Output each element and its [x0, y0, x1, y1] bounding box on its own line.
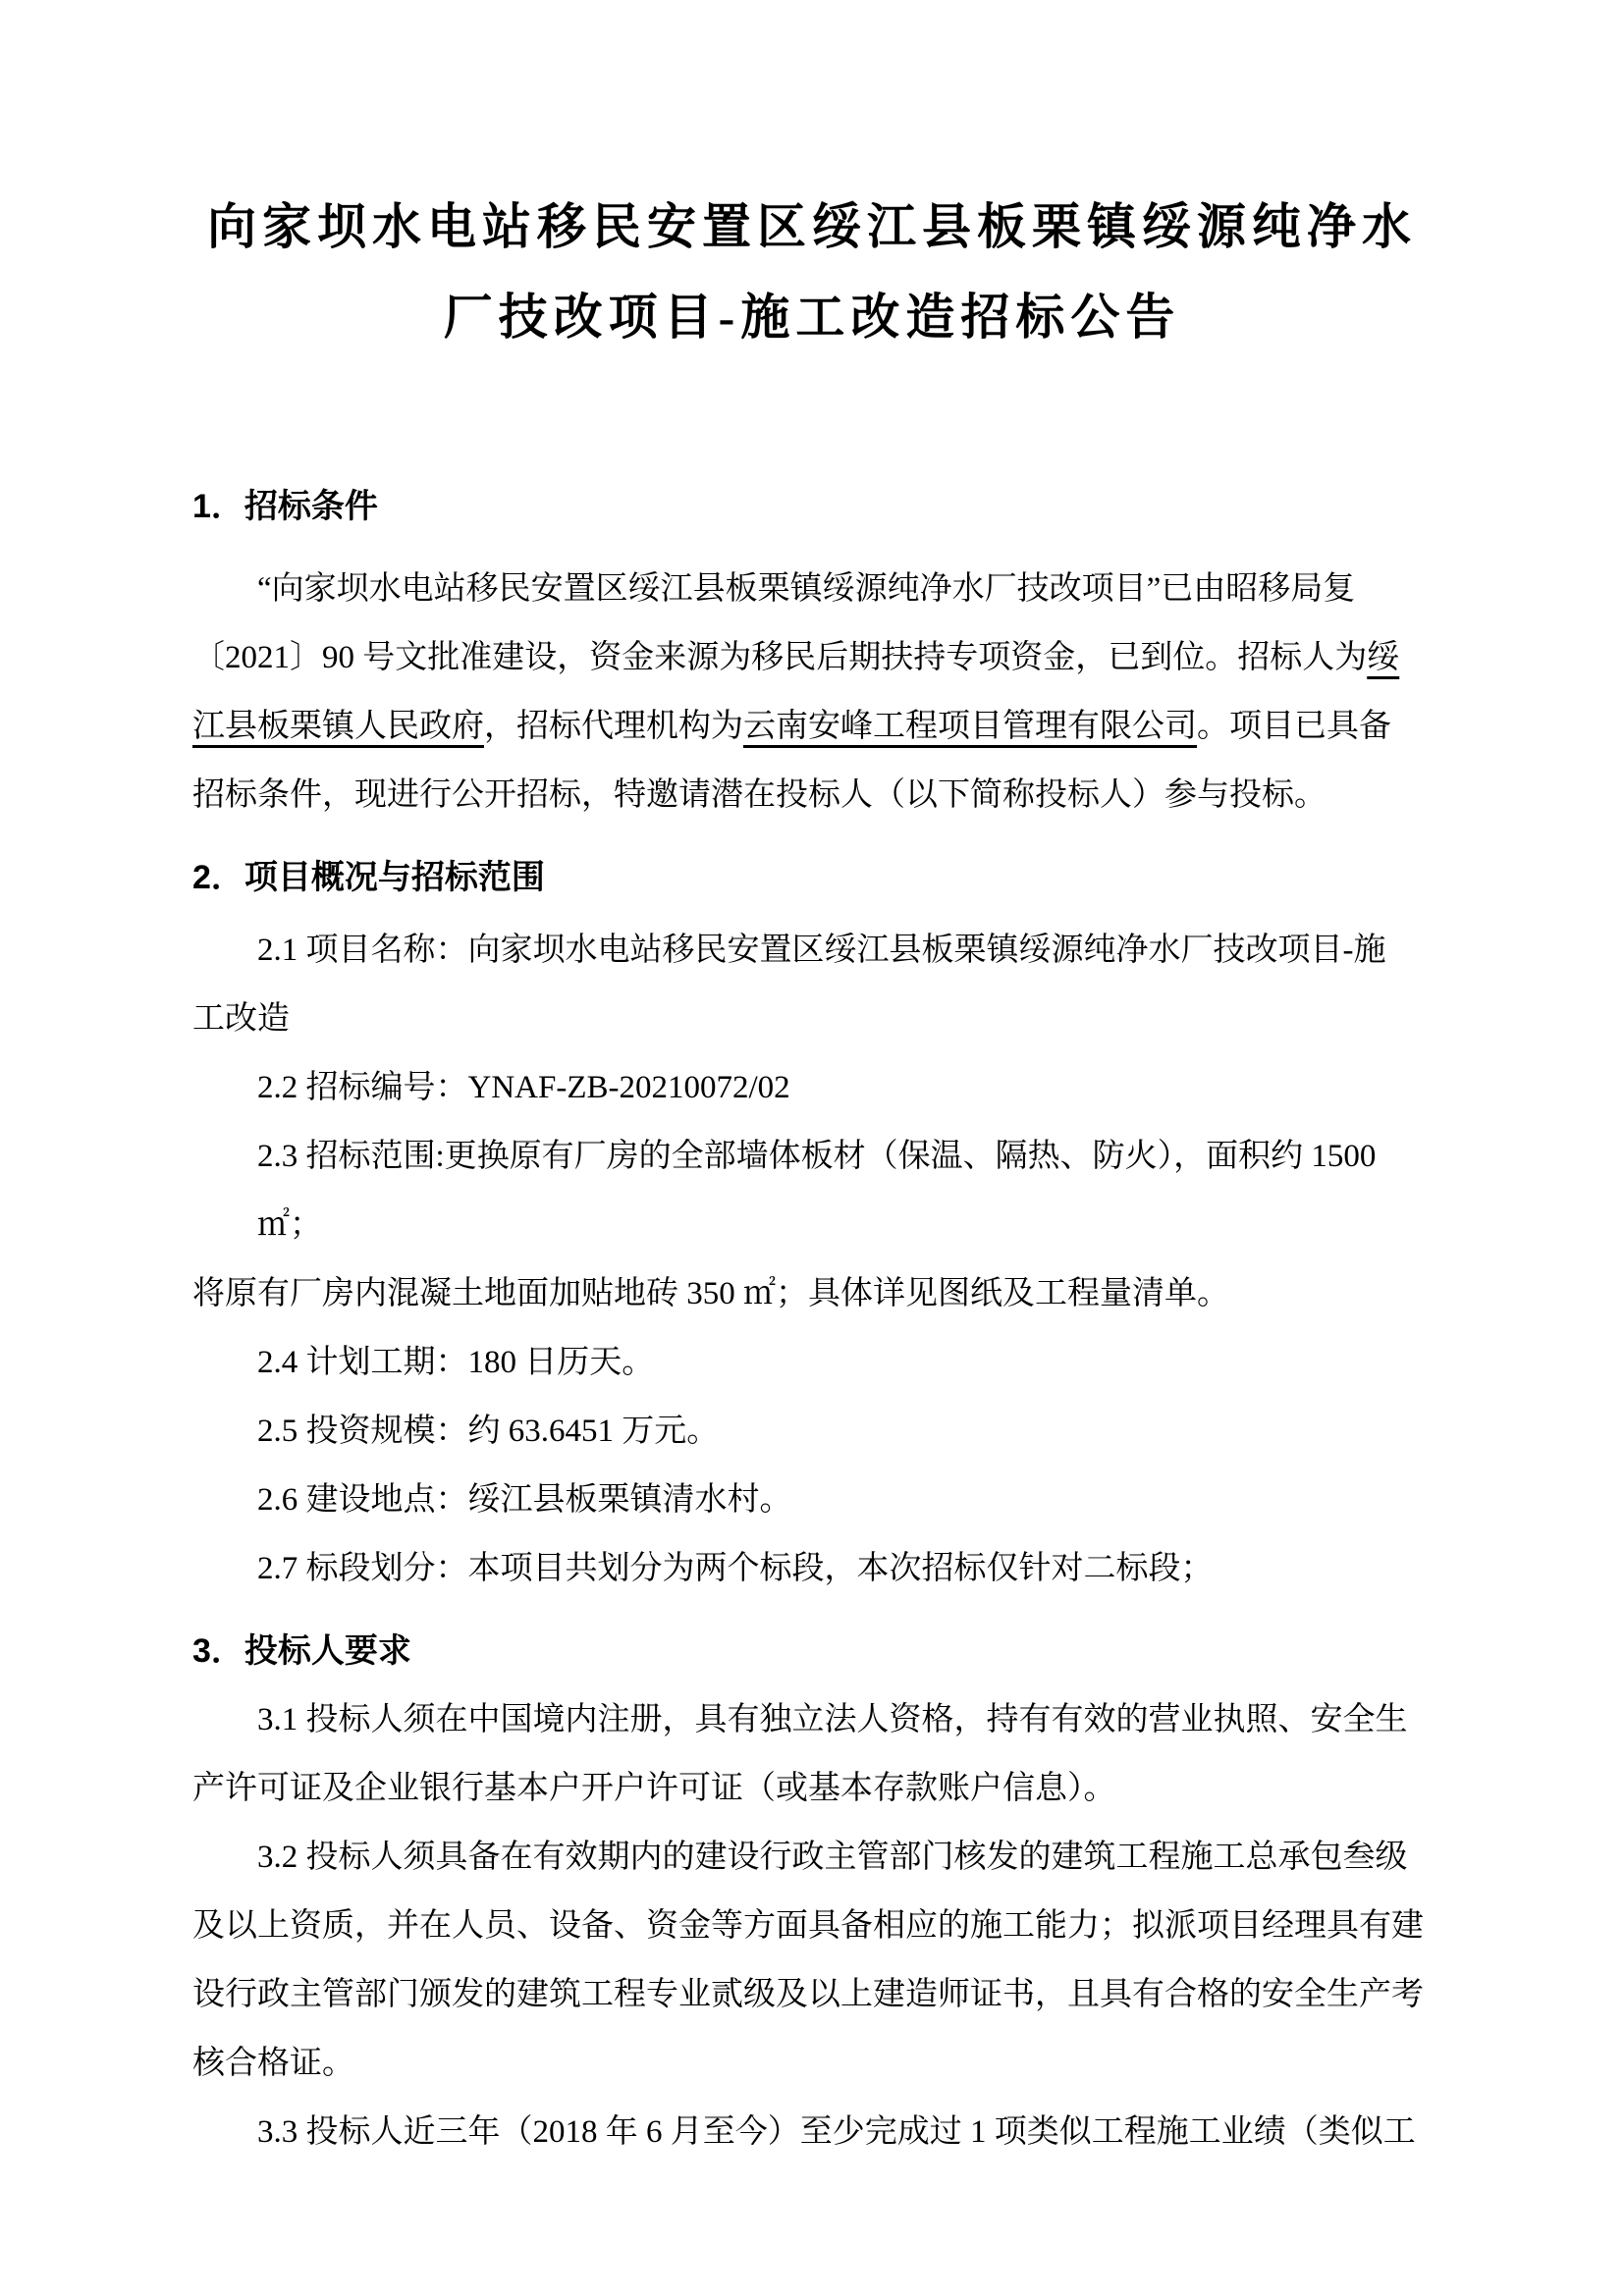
- text-line: 2.6 建设地点：绥江县板栗镇清水村。: [192, 1466, 1432, 1534]
- section-heading: 1．招标条件: [192, 472, 1432, 541]
- document-title-line-1: 向家坝水电站移民安置区绥江县板栗镇绥源纯净水: [192, 182, 1432, 272]
- text-segment: 2.5 投资规模：约 63.6451 万元。: [257, 1414, 719, 1449]
- text-line: 2.4 计划工期：180 日历天。: [192, 1328, 1432, 1397]
- text-segment: 2.6 建设地点：绥江县板栗镇清水村。: [257, 1482, 792, 1518]
- text-segment: 核合格证。: [192, 2046, 354, 2081]
- text-segment: 招标条件，现进行公开招标，特邀请潜在投标人（以下简称投标人）参与投标。: [192, 777, 1326, 813]
- text-segment: “向家坝水电站移民安置区绥江县板栗镇绥源纯净水厂技改项目”已由昭移局复: [257, 571, 1355, 607]
- text-segment: 工改造: [192, 1001, 290, 1037]
- text-line: 2.5 投资规模：约 63.6451 万元。: [192, 1397, 1432, 1466]
- text-segment: 。项目已具备: [1197, 709, 1391, 744]
- underlined-text: 江县板栗镇人民政府: [192, 709, 484, 744]
- section-lines: 2.1 项目名称：向家坝水电站移民安置区绥江县板栗镇绥源纯净水厂技改项目-施工改…: [192, 916, 1432, 1603]
- text-line: 核合格证。: [192, 2029, 1432, 2098]
- section-lines: “向家坝水电站移民安置区绥江县板栗镇绥源纯净水厂技改项目”已由昭移局复〔2021…: [192, 555, 1432, 829]
- text-line: 招标条件，现进行公开招标，特邀请潜在投标人（以下简称投标人）参与投标。: [192, 761, 1432, 829]
- underlined-text: 绥: [1367, 640, 1399, 675]
- section-heading: 3．投标人要求: [192, 1617, 1432, 1685]
- text-line: 及以上资质，并在人员、设备、资金等方面具备相应的施工能力；拟派项目经理具有建: [192, 1892, 1432, 1960]
- document-title: 向家坝水电站移民安置区绥江县板栗镇绥源纯净水 厂技改项目-施工改造招标公告: [192, 182, 1432, 362]
- document-body: 1．招标条件“向家坝水电站移民安置区绥江县板栗镇绥源纯净水厂技改项目”已由昭移局…: [192, 472, 1432, 2166]
- text-segment: 及以上资质，并在人员、设备、资金等方面具备相应的施工能力；拟派项目经理具有建: [192, 1908, 1424, 1944]
- text-line: 工改造: [192, 985, 1432, 1053]
- text-line: 将原有厂房内混凝土地面加贴地砖 350 ㎡；具体详见图纸及工程量清单。: [192, 1259, 1432, 1328]
- text-line: 2.2 招标编号：YNAF-ZB-20210072/02: [192, 1053, 1432, 1122]
- text-segment: 产许可证及企业银行基本户开户许可证（或基本存款账户信息）。: [192, 1771, 1116, 1806]
- text-segment: 2.2 招标编号：YNAF-ZB-20210072/02: [257, 1070, 790, 1105]
- text-line: 2.3 招标范围:更换原有厂房的全部墙体板材（保温、隔热、防火），面积约 150…: [192, 1122, 1432, 1259]
- section-lines: 3.1 投标人须在中国境内注册，具有独立法人资格，持有有效的营业执照、安全生产许…: [192, 1685, 1432, 2166]
- section-3: 3．投标人要求3.1 投标人须在中国境内注册，具有独立法人资格，持有有效的营业执…: [192, 1617, 1432, 2166]
- section-1: 1．招标条件“向家坝水电站移民安置区绥江县板栗镇绥源纯净水厂技改项目”已由昭移局…: [192, 472, 1432, 829]
- section-2: 2．项目概况与招标范围2.1 项目名称：向家坝水电站移民安置区绥江县板栗镇绥源纯…: [192, 843, 1432, 1603]
- text-line: 3.2 投标人须具备在有效期内的建设行政主管部门核发的建筑工程施工总承包叁级: [192, 1823, 1432, 1892]
- text-segment: 2.7 标段划分：本项目共划分为两个标段，本次招标仅针对二标段；: [257, 1551, 1214, 1586]
- text-segment: 2.4 计划工期：180 日历天。: [257, 1345, 654, 1380]
- text-line: 设行政主管部门颁发的建筑工程专业贰级及以上建造师证书，且具有合格的安全生产考: [192, 1960, 1432, 2029]
- document-page: 向家坝水电站移民安置区绥江县板栗镇绥源纯净水 厂技改项目-施工改造招标公告 1．…: [0, 0, 1624, 2296]
- section-heading: 2．项目概况与招标范围: [192, 843, 1432, 912]
- text-segment: 3.2 投标人须具备在有效期内的建设行政主管部门核发的建筑工程施工总承包叁级: [257, 1840, 1408, 1875]
- text-line: 2.7 标段划分：本项目共划分为两个标段，本次招标仅针对二标段；: [192, 1534, 1432, 1603]
- document-title-line-2: 厂技改项目-施工改造招标公告: [192, 272, 1432, 362]
- text-segment: ，招标代理机构为: [484, 709, 743, 744]
- text-segment: 2.1 项目名称：向家坝水电站移民安置区绥江县板栗镇绥源纯净水厂技改项目-施: [257, 933, 1386, 968]
- text-segment: 3.3 投标人近三年（2018 年 6 月至今）至少完成过 1 项类似工程施工业…: [257, 2114, 1416, 2150]
- text-segment: 2.3 招标范围:更换原有厂房的全部墙体板材（保温、隔热、防火），面积约 150…: [257, 1139, 1384, 1243]
- underlined-text: 云南安峰工程项目管理有限公司: [743, 709, 1197, 744]
- text-line: 2.1 项目名称：向家坝水电站移民安置区绥江县板栗镇绥源纯净水厂技改项目-施: [192, 916, 1432, 985]
- text-line: “向家坝水电站移民安置区绥江县板栗镇绥源纯净水厂技改项目”已由昭移局复: [192, 555, 1432, 623]
- text-line: 〔2021〕90 号文批准建设，资金来源为移民后期扶持专项资金，已到位。招标人为…: [192, 623, 1432, 692]
- text-line: 产许可证及企业银行基本户开户许可证（或基本存款账户信息）。: [192, 1754, 1432, 1823]
- text-line: 3.3 投标人近三年（2018 年 6 月至今）至少完成过 1 项类似工程施工业…: [192, 2098, 1432, 2166]
- text-segment: 将原有厂房内混凝土地面加贴地砖 350 ㎡；具体详见图纸及工程量清单。: [192, 1276, 1229, 1311]
- text-line: 3.1 投标人须在中国境内注册，具有独立法人资格，持有有效的营业执照、安全生: [192, 1685, 1432, 1754]
- text-line: 江县板栗镇人民政府，招标代理机构为云南安峰工程项目管理有限公司。项目已具备: [192, 692, 1432, 761]
- text-segment: 3.1 投标人须在中国境内注册，具有独立法人资格，持有有效的营业执照、安全生: [257, 1702, 1408, 1737]
- text-segment: 设行政主管部门颁发的建筑工程专业贰级及以上建造师证书，且具有合格的安全生产考: [192, 1977, 1424, 2012]
- text-segment: 〔2021〕90 号文批准建设，资金来源为移民后期扶持专项资金，已到位。招标人为: [192, 640, 1367, 675]
